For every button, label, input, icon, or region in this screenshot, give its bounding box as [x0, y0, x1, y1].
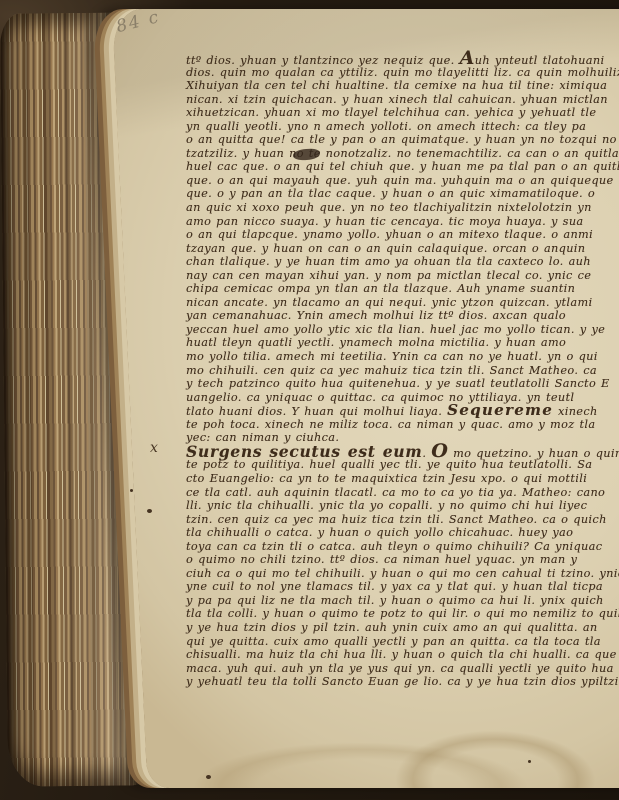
manuscript-line: amo pan nicco suaya. y huan tic cencaya.… [186, 215, 616, 229]
manuscript-line: nay can cen mayan xihui yan. y nom pa mi… [186, 269, 616, 283]
manuscript-line: y yehuatl teu tla tolli Sancto Euan ge l… [186, 675, 616, 689]
manuscript-line: tla tla colli. y huan o quimo te potz to… [186, 607, 616, 621]
manuscript-line: yan cemanahuac. Ynin amech molhui liz tt… [186, 309, 616, 323]
manuscript-line: toya can ca tzin tli o catca. auh tleyn … [186, 540, 616, 554]
manuscript-line: huatl tleyn quatli yectli. ynamech molna… [186, 336, 616, 350]
manuscript-line: o an qui tlapcque. ynamo yollo. yhuan o … [186, 228, 616, 242]
manuscript-line: an quic xi xoxo peuh que. yn no teo tlac… [186, 201, 616, 215]
manuscript-line: chan tlalique. y ye huan tim amo ya ohua… [186, 255, 616, 269]
manuscript-line: mo chihuili. cen quiz ca yec mahuiz tica… [186, 364, 616, 378]
ink-speck [130, 489, 133, 492]
manuscript-text-block: ttº dios. yhuan y tlantzinco yez nequiz … [186, 52, 616, 689]
manuscript-line: yn qualli yeotli. yno n amech yolloti. o… [186, 120, 616, 134]
manuscript-line: y tech patzinco quito hua quitenehua. y … [186, 377, 616, 391]
manuscript-line: Surgens secutus est eum. O mo quetzino. … [186, 445, 616, 459]
manuscript-line: ttº dios. yhuan y tlantzinco yez nequiz … [186, 52, 616, 66]
manuscript-line: te potz to quilitiya. huel qualli yec tl… [186, 458, 616, 472]
book-photo: 84 c x ttº dios. yhuan y tlantzinco yez … [0, 0, 619, 800]
manuscript-line: te poh toca. xinech ne miliz toca. ca ni… [186, 418, 616, 432]
manuscript-line: que. o an qui mayauh que. yuh quin ma. y… [186, 174, 616, 188]
margin-mark: x [150, 440, 158, 456]
manuscript-line: tla chihualli o catca. y huan o quich yo… [186, 526, 616, 540]
manuscript-line: yne cuil to nol yne tlamacs til. y yax c… [186, 580, 616, 594]
manuscript-line: qui ye quitta. cuix amo qualli yectli y … [186, 635, 616, 649]
manuscript-line: que. o y pan an tla tlac caque. y huan o… [186, 187, 616, 201]
manuscript-line: lli. ynic tla chihualli. ynic tla yo cop… [186, 499, 616, 513]
manuscript-line: ciuh ca o qui mo tel chihuili. y huan o … [186, 567, 616, 581]
manuscript-line: tzayan que. y huan on can o an quin cala… [186, 242, 616, 256]
manuscript-line: o an quitta que! ca tle y pan o an quima… [186, 133, 616, 147]
manuscript-line: mo yollo tilia. amech mi teetilia. Ynin … [186, 350, 616, 364]
manuscript-line: y ye hua tzin dios y pil tzin. auh ynin … [186, 621, 616, 635]
manuscript-line: tzatziliz. y huan no te nonotzaliz. no t… [186, 147, 616, 161]
manuscript-line: tlato huani dios. Y huan qui molhui liay… [186, 404, 616, 418]
manuscript-line: nican. xi tzin quichacan. y huan xinech … [186, 93, 616, 107]
manuscript-line: dios. quin mo qualan ca yttiliz. quin mo… [186, 66, 616, 80]
manuscript-line: tzin. cen quiz ca yec ma huiz tica tzin … [186, 513, 616, 527]
manuscript-line: o quimo no chili tzino. ttº dios. ca nim… [186, 553, 616, 567]
manuscript-line: huel cac que. o an qui tel chiuh que. y … [186, 160, 616, 174]
ink-speck [147, 509, 152, 513]
ink-speck [528, 760, 531, 763]
manuscript-line: cto Euangelio: ca yn to te maquixtica tz… [186, 472, 616, 486]
ink-speck [206, 775, 211, 779]
manuscript-line: chipa cemicac ompa yn tlan an tla tlazqu… [186, 282, 616, 296]
manuscript-line: ce tla catl. auh aquinin tlacatl. ca mo … [186, 486, 616, 500]
manuscript-line: y pa pa qui liz ne tla mach til. y huan … [186, 594, 616, 608]
manuscript-line: xihuetzican. yhuan xi mo tlayel telchihu… [186, 106, 616, 120]
manuscript-line: chisualli. ma huiz tla chi hua lli. y hu… [186, 648, 616, 662]
manuscript-line: nican ancate. yn tlacamo an qui nequi. y… [186, 296, 616, 310]
manuscript-line: yeccan huel amo yollo ytic xic tla lian.… [186, 323, 616, 337]
manuscript-line: Xihuiyan tla cen tel chi hualtine. tla c… [186, 79, 616, 93]
manuscript-line: maca. yuh qui. auh yn tla ye yus qui yn.… [186, 662, 616, 676]
